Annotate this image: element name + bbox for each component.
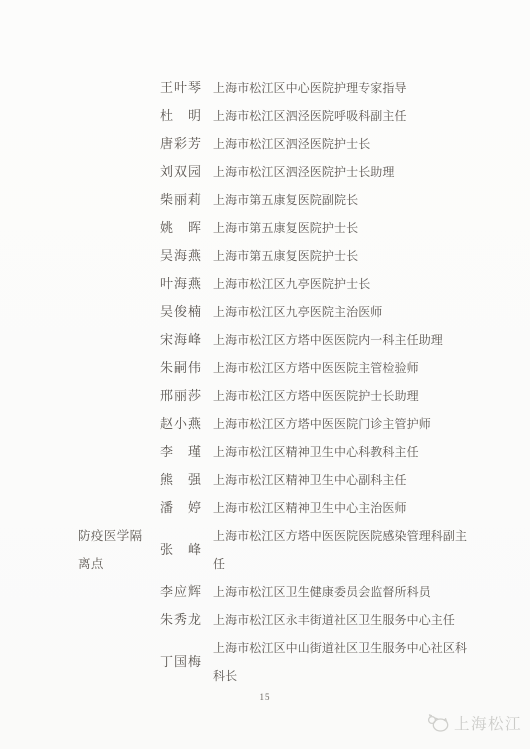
person-name-char: 楠 [188, 298, 201, 326]
list-item: 刘双园上海市松江区泗泾医院护士长助理 [0, 158, 530, 186]
person-name-char: 杜 [160, 102, 173, 130]
person-name-char: 园 [188, 158, 201, 186]
section-label-text: 防疫医学隔离点 [78, 522, 144, 578]
person-title: 上海市松江区中心医院护理专家指导 [213, 74, 471, 102]
list-item: 熊强上海市松江区精神卫生中心副科主任 [0, 466, 530, 494]
person-name-char: 伟 [188, 354, 201, 382]
person-title: 上海市第五康复医院护士长 [213, 242, 471, 270]
person-name-char: 梅 [188, 648, 201, 676]
person-name-char: 丽 [174, 382, 187, 410]
person-name: 李应辉 [160, 578, 201, 606]
person-name-char: 辉 [188, 578, 201, 606]
person-name-char: 吴 [160, 298, 173, 326]
person-name-char: 王 [160, 74, 173, 102]
person-title: 上海市松江区精神卫生中心科教科主任 [213, 438, 471, 466]
person-name-char: 柴 [160, 186, 173, 214]
person-name-char: 俊 [174, 298, 187, 326]
list-item: 潘婷上海市松江区精神卫生中心主治医师 [0, 494, 530, 522]
list-item: 朱秀龙上海市松江区永丰街道社区卫生服务中心主任 [0, 606, 530, 634]
person-title: 上海市松江区方塔中医医院门诊主管护师 [213, 410, 471, 438]
person-name: 熊强 [160, 466, 201, 494]
person-name-char: 刘 [160, 158, 173, 186]
watermark: 上海松江 [425, 712, 522, 734]
person-name-char: 张 [160, 536, 173, 564]
person-name: 姚晖 [160, 214, 201, 242]
list-item: 吴海燕上海市第五康复医院护士长 [0, 242, 530, 270]
person-title: 上海市松江区泗泾医院呼吸科副主任 [213, 102, 471, 130]
person-name-char: 熊 [160, 466, 173, 494]
person-name-char: 应 [174, 578, 187, 606]
list-item: 唐彩芳上海市松江区泗泾医院护士长 [0, 130, 530, 158]
list-item: 朱嗣伟上海市松江区方塔中医医院主管检验师 [0, 354, 530, 382]
person-name-char: 宋 [160, 326, 173, 354]
person-title: 上海市第五康复医院护士长 [213, 214, 471, 242]
person-name-char: 叶 [160, 270, 173, 298]
person-name-char: 海 [174, 242, 187, 270]
person-name: 叶海燕 [160, 270, 201, 298]
person-title: 上海市松江区方塔中医医院医院感染管理科副主任 [213, 522, 471, 578]
list-item: 王叶琴上海市松江区中心医院护理专家指导 [0, 74, 530, 102]
songjiang-logo-icon [425, 712, 451, 734]
person-name-char: 吴 [160, 242, 173, 270]
person-name-char: 彩 [174, 130, 187, 158]
person-name-char: 嗣 [174, 354, 187, 382]
person-title: 上海市松江区泗泾医院护士长 [213, 130, 471, 158]
watermark-text: 上海松江 [454, 712, 522, 734]
list-item: 柴丽莉上海市第五康复医院副院长 [0, 186, 530, 214]
person-name: 朱嗣伟 [160, 354, 201, 382]
list-item: 赵小燕上海市松江区方塔中医医院门诊主管护师 [0, 410, 530, 438]
list-item: 邢丽莎上海市松江区方塔中医医院护士长助理 [0, 382, 530, 410]
person-title: 上海市松江区九亭医院主治医师 [213, 298, 471, 326]
person-name-char: 朱 [160, 606, 173, 634]
person-title: 上海市松江区永丰街道社区卫生服务中心主任 [213, 606, 471, 634]
person-title: 上海市松江区中山街道社区卫生服务中心社区科科长 [213, 634, 471, 690]
person-name: 朱秀龙 [160, 606, 201, 634]
list-item: 丁国梅上海市松江区中山街道社区卫生服务中心社区科科长 [0, 634, 530, 690]
person-name: 邢丽莎 [160, 382, 201, 410]
person-name-char: 海 [174, 326, 187, 354]
person-name-char: 莎 [188, 382, 201, 410]
personnel-list: 王叶琴上海市松江区中心医院护理专家指导杜明上海市松江区泗泾医院呼吸科副主任唐彩芳… [0, 74, 530, 690]
person-name: 李瑾 [160, 438, 201, 466]
person-name-char: 峰 [188, 326, 201, 354]
person-title: 上海市松江区精神卫生中心主治医师 [213, 494, 471, 522]
person-title: 上海市松江区泗泾医院护士长助理 [213, 158, 471, 186]
person-name-char: 小 [174, 410, 187, 438]
person-title: 上海市松江区方塔中医医院护士长助理 [213, 382, 471, 410]
person-name-char: 丁 [160, 648, 173, 676]
person-name-char: 莉 [188, 186, 201, 214]
person-name-char: 瑾 [188, 438, 201, 466]
person-name-char: 燕 [188, 270, 201, 298]
person-name-char: 叶 [174, 74, 187, 102]
person-name-char: 峰 [188, 536, 201, 564]
person-name: 王叶琴 [160, 74, 201, 102]
person-name: 杜明 [160, 102, 201, 130]
person-title: 上海市松江区精神卫生中心副科主任 [213, 466, 471, 494]
person-name: 赵小燕 [160, 410, 201, 438]
list-item: 叶海燕上海市松江区九亭医院护士长 [0, 270, 530, 298]
list-item: 宋海峰上海市松江区方塔中医医院内一科主任助理 [0, 326, 530, 354]
list-item: 李应辉上海市松江区卫生健康委员会监督所科员 [0, 578, 530, 606]
person-name-char: 唐 [160, 130, 173, 158]
person-title: 上海市第五康复医院副院长 [213, 186, 471, 214]
person-name-char: 潘 [160, 494, 173, 522]
person-name-char: 李 [160, 578, 173, 606]
person-name-char: 婷 [188, 494, 201, 522]
person-name: 柴丽莉 [160, 186, 201, 214]
person-name-char: 邢 [160, 382, 173, 410]
person-name: 唐彩芳 [160, 130, 201, 158]
person-name-char: 国 [174, 648, 187, 676]
list-item: 李瑾上海市松江区精神卫生中心科教科主任 [0, 438, 530, 466]
person-name-char: 芳 [188, 130, 201, 158]
person-name-char: 姚 [160, 214, 173, 242]
person-title: 上海市松江区卫生健康委员会监督所科员 [213, 578, 471, 606]
person-name-char: 强 [188, 466, 201, 494]
person-name-char: 李 [160, 438, 173, 466]
person-name: 宋海峰 [160, 326, 201, 354]
person-title: 上海市松江区九亭医院护士长 [213, 270, 471, 298]
person-name-char: 朱 [160, 354, 173, 382]
list-item: 吴俊楠上海市松江区九亭医院主治医师 [0, 298, 530, 326]
person-name-char: 双 [174, 158, 187, 186]
person-name: 吴俊楠 [160, 298, 201, 326]
list-item: 杜明上海市松江区泗泾医院呼吸科副主任 [0, 102, 530, 130]
person-name-char: 明 [188, 102, 201, 130]
person-name-char: 海 [174, 270, 187, 298]
page-number: 15 [250, 692, 280, 702]
person-name-char: 丽 [174, 186, 187, 214]
person-name-char: 秀 [174, 606, 187, 634]
person-name: 吴海燕 [160, 242, 201, 270]
person-name: 刘双园 [160, 158, 201, 186]
person-name-char: 琴 [188, 74, 201, 102]
person-title: 上海市松江区方塔中医医院内一科主任助理 [213, 326, 471, 354]
person-name: 张峰 [160, 536, 201, 564]
document-page: 王叶琴上海市松江区中心医院护理专家指导杜明上海市松江区泗泾医院呼吸科副主任唐彩芳… [0, 0, 530, 749]
person-title: 上海市松江区方塔中医医院主管检验师 [213, 354, 471, 382]
list-item: 防疫医学隔离点张峰上海市松江区方塔中医医院医院感染管理科副主任 [0, 522, 530, 578]
person-name-char: 晖 [188, 214, 201, 242]
person-name-char: 燕 [188, 410, 201, 438]
person-name-char: 燕 [188, 242, 201, 270]
list-item: 姚晖上海市第五康复医院护士长 [0, 214, 530, 242]
person-name: 丁国梅 [160, 648, 201, 676]
person-name-char: 龙 [188, 606, 201, 634]
person-name: 潘婷 [160, 494, 201, 522]
person-name-char: 赵 [160, 410, 173, 438]
section-label: 防疫医学隔离点 [78, 522, 160, 578]
